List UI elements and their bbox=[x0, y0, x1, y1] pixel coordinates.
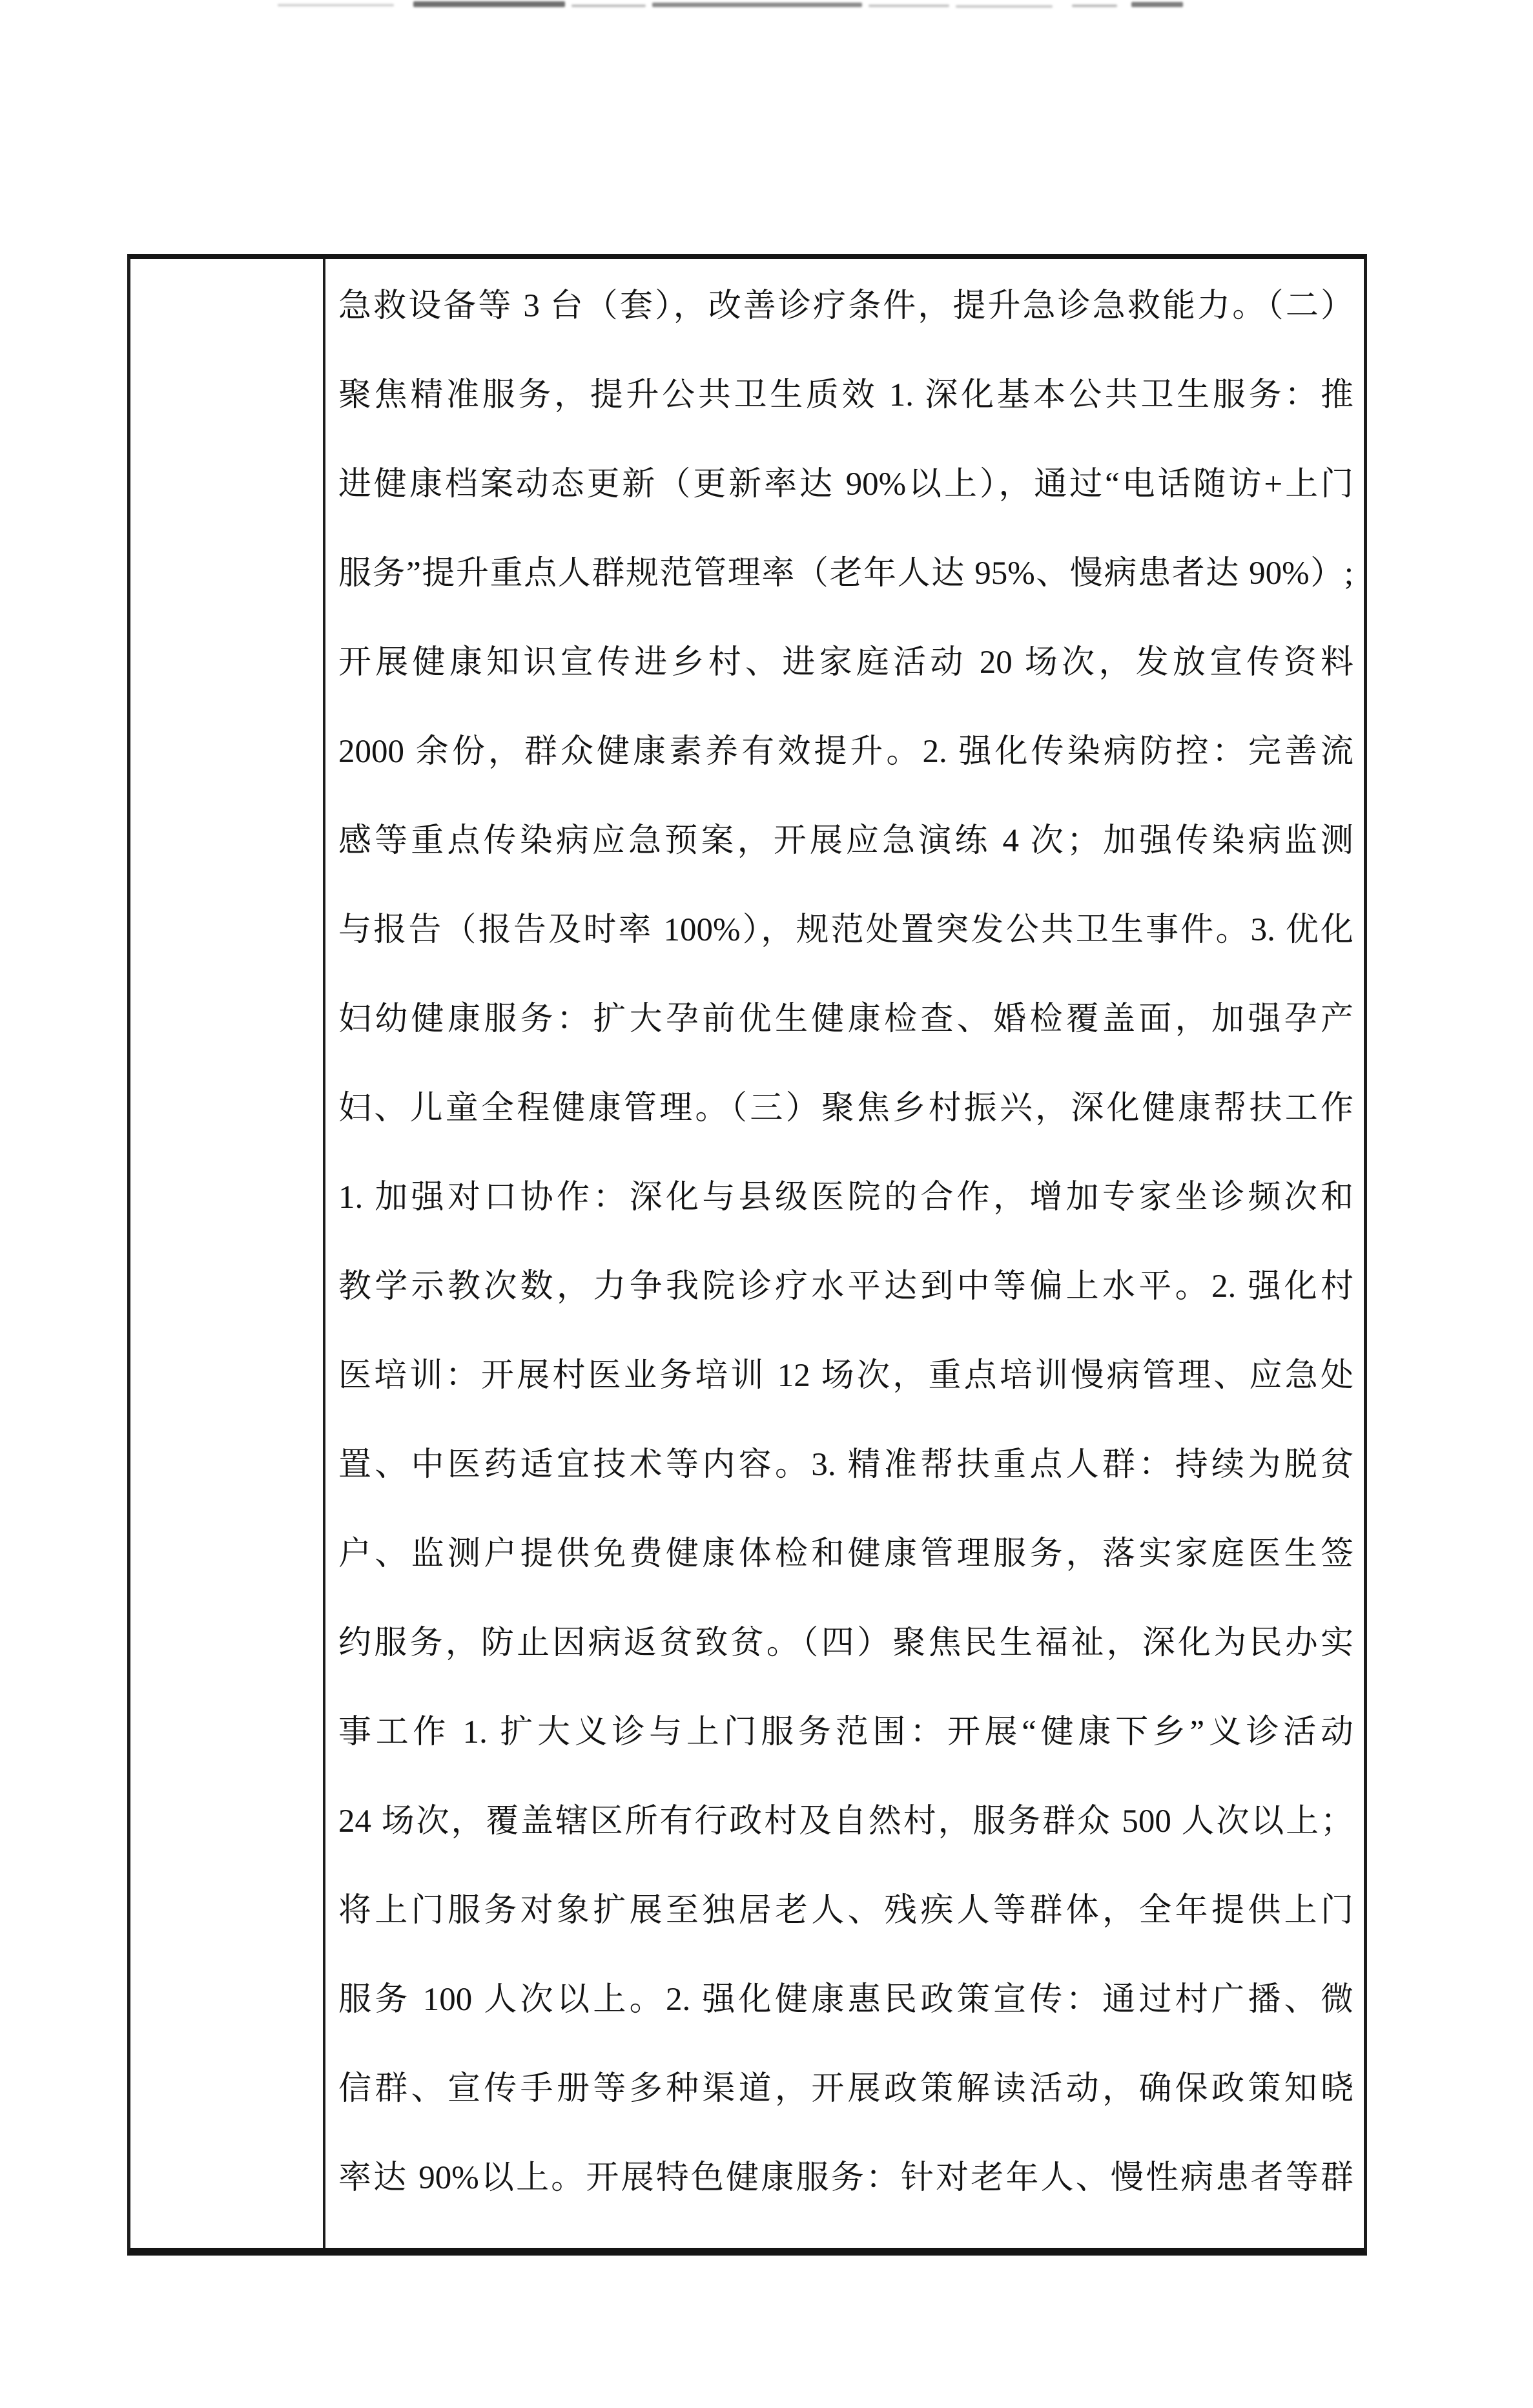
report-table: 急救设备等 3 台（套），改善诊疗条件，提升急诊急救能力。（二） 聚焦精准服务，… bbox=[127, 254, 1367, 2256]
text-line: 约服务，防止因病返贫致贫。（四）聚焦民生福祉，深化为民办实 bbox=[338, 1599, 1353, 1688]
text-line: 急救设备等 3 台（套），改善诊疗条件，提升急诊急救能力。（二） bbox=[338, 262, 1353, 351]
text-line: 教学示教次数，力争我院诊疗水平达到中等偏上水平。2. 强化村 bbox=[338, 1242, 1353, 1331]
text-line: 服务 100 人次以上。2. 强化健康惠民政策宣传：通过村广播、微 bbox=[338, 1955, 1353, 2044]
text-line: 与报告（报告及时率 100%），规范处置突发公共卫生事件。3. 优化 bbox=[338, 886, 1353, 975]
text-line: 事工作 1. 扩大义诊与上门服务范围：开展“健康下乡”义诊活动 bbox=[338, 1688, 1353, 1777]
text-line: 医培训：开展村医业务培训 12 场次，重点培训慢病管理、应急处 bbox=[338, 1331, 1353, 1420]
text-line: 24 场次，覆盖辖区所有行政村及自然村，服务群众 500 人次以上； bbox=[338, 1777, 1353, 1866]
text-line: 户、监测户提供免费健康体检和健康管理服务，落实家庭医生签 bbox=[338, 1510, 1353, 1599]
text-line: 服务”提升重点人群规范管理率（老年人达 95%、慢病患者达 90%）; bbox=[338, 529, 1353, 618]
text-line: 妇、儿童全程健康管理。（三）聚焦乡村振兴，深化健康帮扶工作 bbox=[338, 1064, 1353, 1153]
text-line: 率达 90%以上。开展特色健康服务：针对老年人、慢性病患者等群 bbox=[338, 2133, 1353, 2223]
row-label-cell bbox=[130, 259, 325, 2248]
text-line: 聚焦精准服务，提升公共卫生质效 1. 深化基本公共卫生服务：推 bbox=[338, 351, 1353, 440]
scan-artifact bbox=[278, 4, 394, 6]
scan-artifact bbox=[956, 5, 1053, 8]
scan-artifact bbox=[652, 3, 862, 7]
scan-artifact bbox=[1131, 2, 1183, 7]
text-line: 置、中医药适宜技术等内容。3. 精准帮扶重点人群：持续为脱贫 bbox=[338, 1420, 1353, 1510]
text-line: 将上门服务对象扩展至独居老人、残疾人等群体，全年提供上门 bbox=[338, 1866, 1353, 1955]
scan-artifact bbox=[869, 5, 949, 7]
scan-artifact bbox=[413, 1, 565, 7]
text-line: 感等重点传染病应急预案，开展应急演练 4 次；加强传染病监测 bbox=[338, 796, 1353, 886]
text-line: 妇幼健康服务：扩大孕前优生健康检查、婚检覆盖面，加强孕产 bbox=[338, 975, 1353, 1064]
report-content-cell: 急救设备等 3 台（套），改善诊疗条件，提升急诊急救能力。（二） 聚焦精准服务，… bbox=[325, 259, 1364, 2248]
text-line: 1. 加强对口协作：深化与县级医院的合作，增加专家坐诊频次和 bbox=[338, 1153, 1353, 1242]
text-line: 2000 余份，群众健康素养有效提升。2. 强化传染病防控：完善流 bbox=[338, 707, 1353, 796]
scanned-document-page: 急救设备等 3 台（套），改善诊疗条件，提升急诊急救能力。（二） 聚焦精准服务，… bbox=[0, 0, 1533, 2408]
text-line: 进健康档案动态更新（更新率达 90%以上），通过“电话随访+上门 bbox=[338, 440, 1353, 529]
text-line: 开展健康知识宣传进乡村、进家庭活动 20 场次，发放宣传资料 bbox=[338, 618, 1353, 707]
scan-artifact bbox=[1072, 5, 1117, 7]
scan-artifact bbox=[571, 5, 646, 7]
text-line: 信群、宣传手册等多种渠道，开展政策解读活动，确保政策知晓 bbox=[338, 2044, 1353, 2133]
